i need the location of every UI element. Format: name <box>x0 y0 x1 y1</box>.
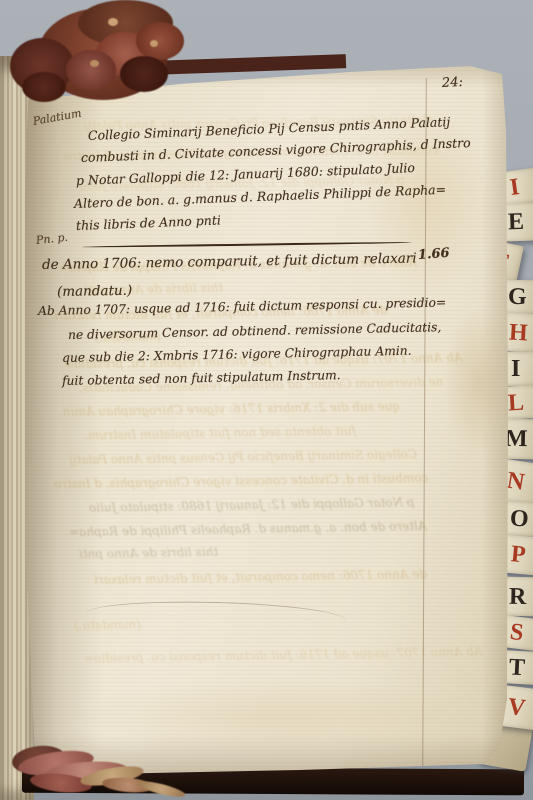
gutter-shadow <box>24 58 102 782</box>
show-through-line: que sub die 2: Xmbris 1716: vigore Chiro… <box>59 399 400 419</box>
section-rule <box>82 241 412 248</box>
dried-flower-center <box>120 56 168 92</box>
dried-flower-highlight <box>150 40 158 47</box>
margin-figure: 1.66 <box>417 246 450 263</box>
paper-stain <box>444 308 514 458</box>
show-through-line: p Notar Galloppi die 12: Januarij 1680: … <box>89 495 415 515</box>
dried-flower <box>8 0 198 115</box>
entry-3-line: ne diversorum Censor. ad obtinend. remis… <box>68 320 442 342</box>
show-through-line: de Anno 1706: nemo comparuit, et fuit di… <box>94 567 427 587</box>
show-through-line: fuit obtenta sed non fuit stipulatum Ins… <box>84 424 356 443</box>
dried-flower-petal <box>136 22 184 60</box>
dried-flower-stem <box>22 72 66 102</box>
show-through-line: Altero de bon. a. g.manus d. Raphaelis P… <box>69 519 427 539</box>
manuscript-photo: I E F G H I L M N O P R S T V Collegio S… <box>0 0 533 800</box>
dried-flower-highlight <box>108 18 118 26</box>
entry-2-line: (mandatu.) <box>57 283 132 300</box>
show-through-line: (mandatu.) <box>74 617 141 632</box>
dried-flower-petal <box>66 50 116 90</box>
show-through-line: combusti in d. Civitate concessi vigore … <box>54 471 428 492</box>
dried-flower-highlight <box>90 60 99 67</box>
page-number: 24: <box>442 75 464 91</box>
dried-ribbon <box>6 736 196 800</box>
manuscript-page: Collegio Siminarij Beneficio Pij Census … <box>24 58 516 782</box>
show-through-line: this libris de Anno pnti <box>79 545 218 561</box>
show-through-line: Collegio Siminarij Beneficio Pij Census … <box>69 447 417 467</box>
